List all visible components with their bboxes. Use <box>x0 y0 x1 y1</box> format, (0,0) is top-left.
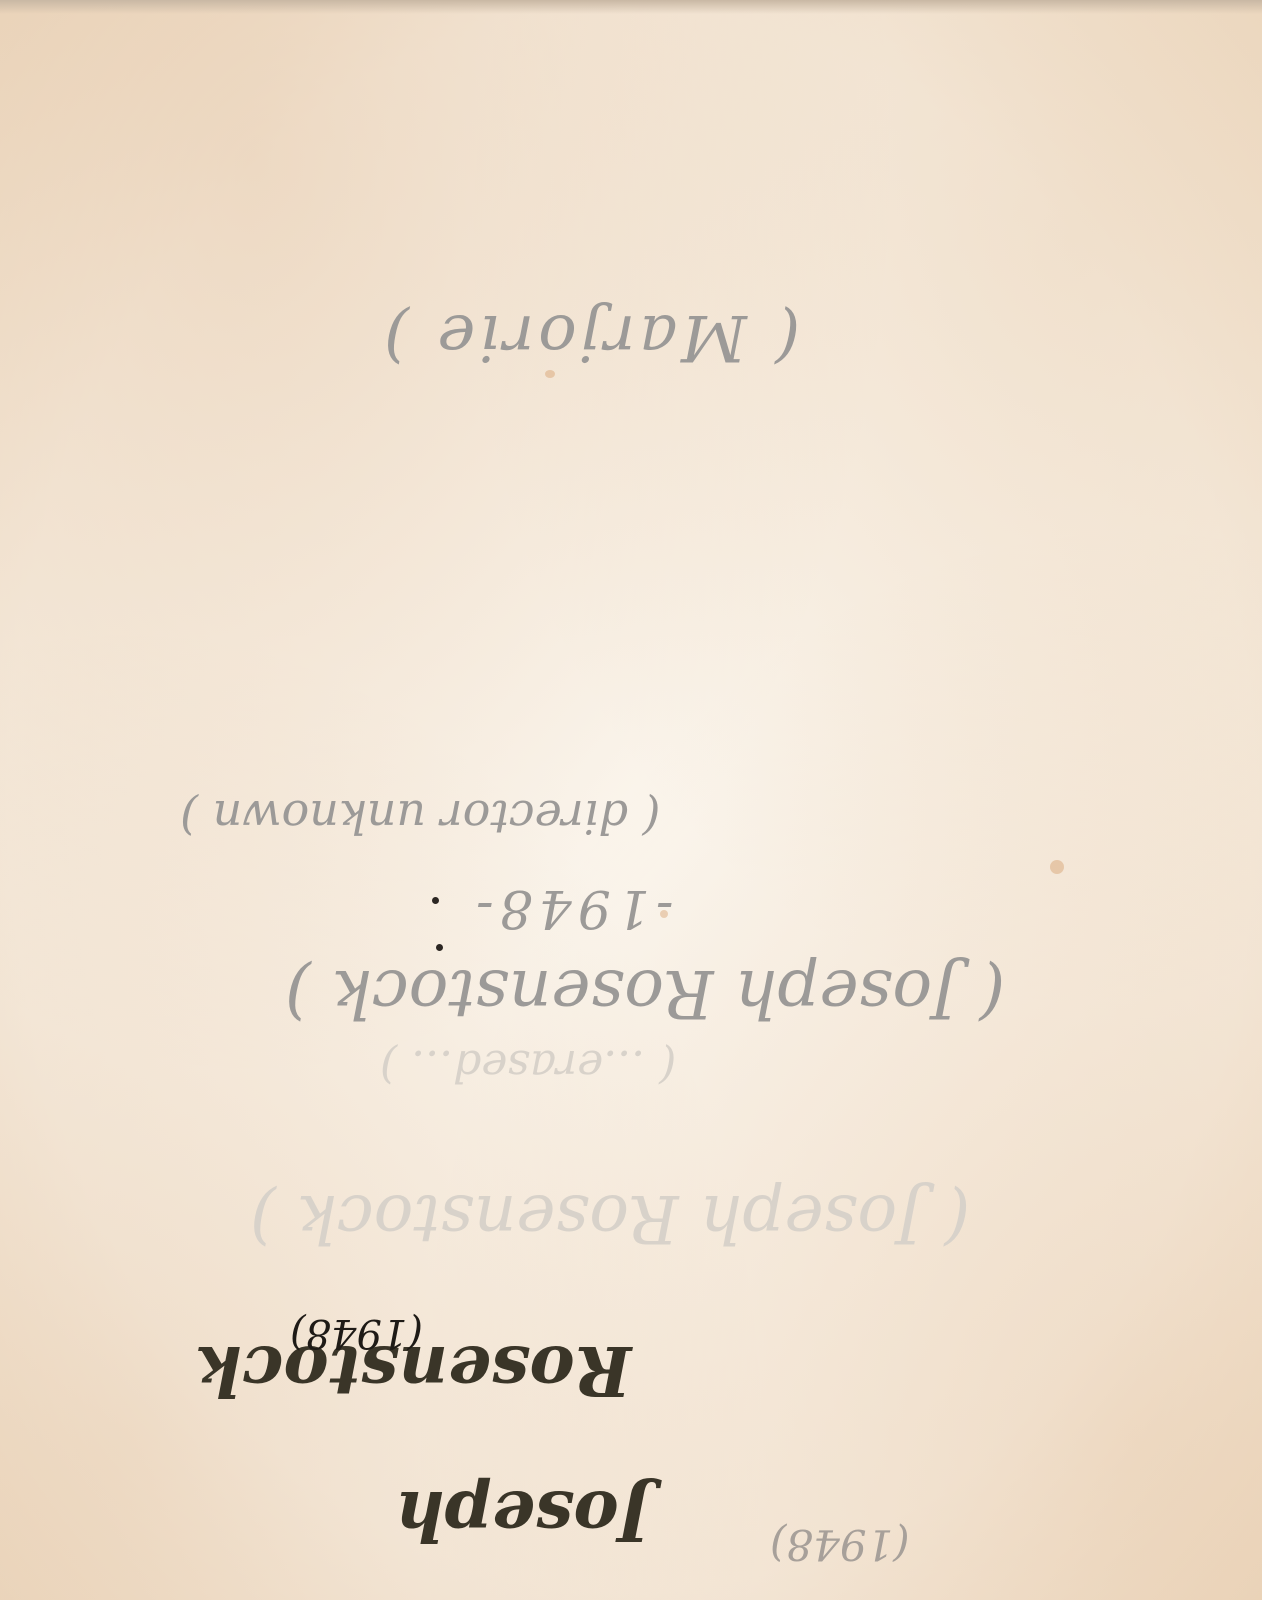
erased-note-name: ( Joseph Rosenstock ) <box>250 1180 970 1257</box>
pencil-note-year: -1948- <box>470 878 673 938</box>
punch-dot <box>432 897 439 904</box>
pencil-note-director: ( director unknown ) <box>180 790 661 844</box>
punch-dot <box>436 944 443 951</box>
paper-top-edge <box>0 0 1262 14</box>
foxing-stain <box>1050 860 1064 874</box>
pencil-note-corner-year: (1948) <box>770 1520 910 1569</box>
erased-note: ( ...erased... ) <box>380 1040 676 1091</box>
ink-note-year: (1948) <box>290 1310 423 1356</box>
pencil-note-top: ( Marjorie ) <box>380 300 800 374</box>
ink-note-firstname: Joseph <box>395 1475 651 1555</box>
pencil-note-name: ( Joseph Rosenstock ) <box>285 955 1005 1032</box>
